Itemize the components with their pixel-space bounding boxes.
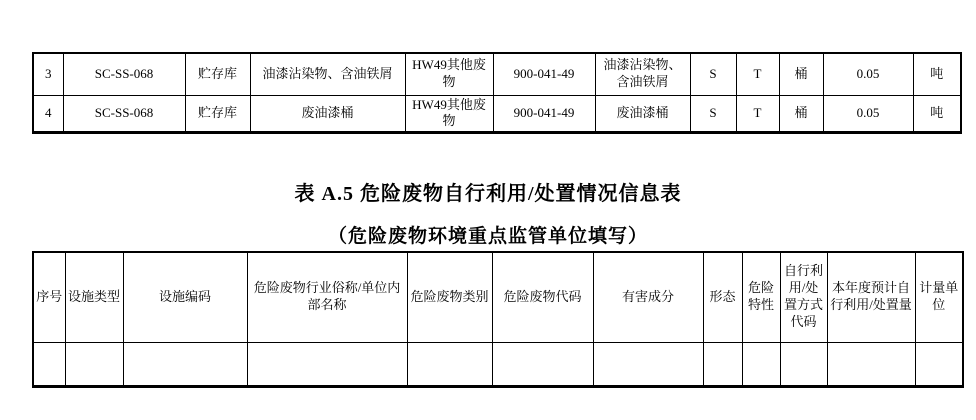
table-a5-title: 表 A.5 危险废物自行利用/处置情况信息表 [0,177,976,206]
table-a5-subtitle: （危险废物环境重点监管单位填写） [0,221,976,248]
table-cell: 3 [33,53,63,95]
table-row [33,342,963,386]
table-cell: 油漆沾染物、含油铁屑 [595,53,690,95]
table-cell: 桶 [779,95,823,133]
column-header: 序号 [33,252,65,342]
table-cell [33,342,65,386]
table-cell: HW49其他废物 [405,53,493,95]
table-cell: S [690,53,736,95]
table-cell [827,342,915,386]
table-cell: 贮存库 [185,53,250,95]
table-header-row: 序号 设施类型 设施编码 危险废物行业俗称/单位内部名称 危险废物类别 危险废物… [33,252,963,342]
table-cell [593,342,703,386]
table-cell: 桶 [779,53,823,95]
table-cell [703,342,742,386]
table-cell [65,342,123,386]
table-cell [492,342,593,386]
table-cell: 废油漆桶 [595,95,690,133]
column-header: 设施类型 [65,252,123,342]
column-header: 设施编码 [123,252,247,342]
table-cell: 0.05 [823,53,913,95]
self-utilization-disposal-table: 序号 设施类型 设施编码 危险废物行业俗称/单位内部名称 危险废物类别 危险废物… [32,251,964,388]
table-cell: 4 [33,95,63,133]
table-cell: 0.05 [823,95,913,133]
column-header: 危险特性 [742,252,780,342]
column-header: 自行利用/处置方式代码 [780,252,827,342]
column-header: 危险废物类别 [407,252,492,342]
table-cell: T [736,53,779,95]
table-cell [247,342,407,386]
column-header: 有害成分 [593,252,703,342]
table-cell: 吨 [913,95,961,133]
table-cell: SC-SS-068 [63,95,185,133]
column-header: 危险废物代码 [492,252,593,342]
table-cell [915,342,963,386]
table-cell: 油漆沾染物、含油铁屑 [250,53,405,95]
table-cell [780,342,827,386]
table-cell: 贮存库 [185,95,250,133]
table-cell [123,342,247,386]
table-cell: SC-SS-068 [63,53,185,95]
table-cell: 废油漆桶 [250,95,405,133]
table-cell: 吨 [913,53,961,95]
column-header: 计量单位 [915,252,963,342]
column-header: 本年度预计自行利用/处置量 [827,252,915,342]
table-cell: 900-041-49 [493,53,595,95]
column-header: 形态 [703,252,742,342]
table-row: 4 SC-SS-068 贮存库 废油漆桶 HW49其他废物 900-041-49… [33,95,961,133]
column-header: 危险废物行业俗称/单位内部名称 [247,252,407,342]
hazardous-waste-storage-table: 3 SC-SS-068 贮存库 油漆沾染物、含油铁屑 HW49其他废物 900-… [32,52,962,134]
table-cell: S [690,95,736,133]
table-cell [407,342,492,386]
table-cell: T [736,95,779,133]
table-cell: 900-041-49 [493,95,595,133]
table-cell [742,342,780,386]
table-row: 3 SC-SS-068 贮存库 油漆沾染物、含油铁屑 HW49其他废物 900-… [33,53,961,95]
table-cell: HW49其他废物 [405,95,493,133]
